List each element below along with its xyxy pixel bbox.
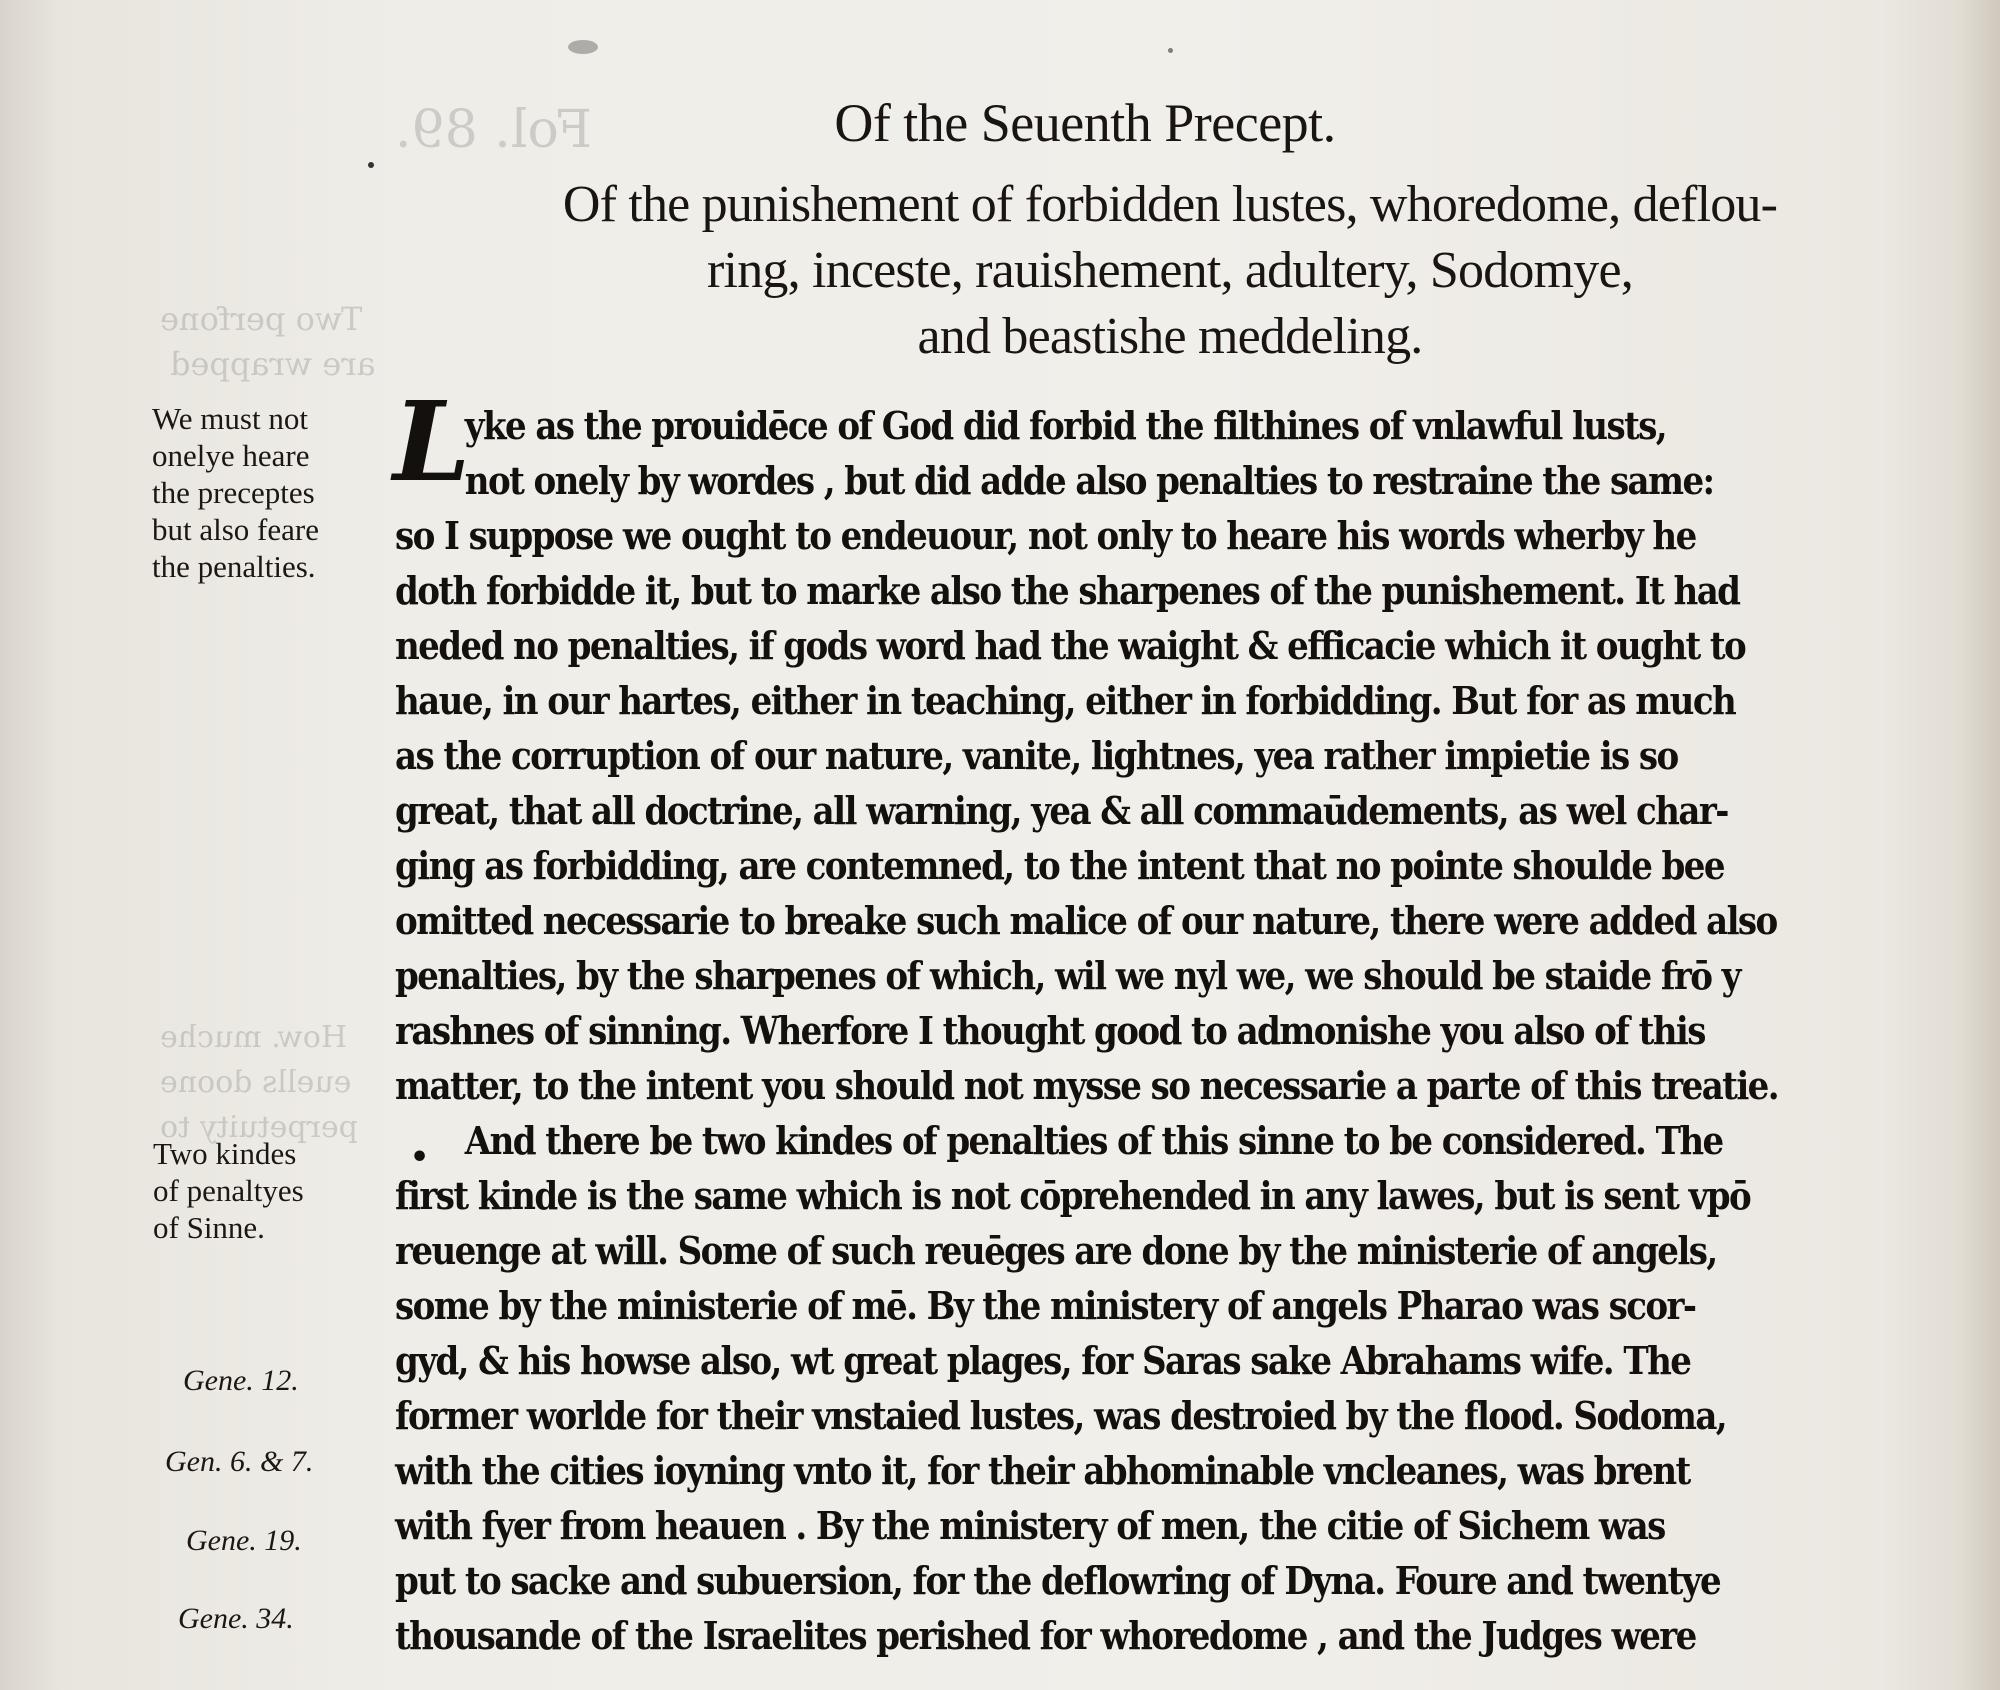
body-line: great, that all doctrine, all warning, y… bbox=[395, 783, 1915, 838]
body-line: as the corruption of our nature, vanite,… bbox=[395, 728, 1915, 783]
margin-note-line: of penaltyes bbox=[153, 1172, 304, 1209]
body-line: not onely by wordes , but did adde also … bbox=[395, 453, 1915, 508]
margin-note-line: onelye heare bbox=[152, 437, 319, 474]
ink-speck bbox=[368, 162, 374, 168]
margin-note-line: We must not bbox=[152, 400, 319, 437]
body-line: ging as forbidding, are contemned, to th… bbox=[395, 838, 1915, 893]
body-line: put to sacke and subuersion, for the def… bbox=[395, 1553, 1915, 1608]
body-line: with the cities ioyning vnto it, for the… bbox=[395, 1443, 1915, 1498]
body-line: matter, to the intent you should not mys… bbox=[395, 1058, 1915, 1113]
scripture-reference: Gen. 6. & 7. bbox=[165, 1443, 313, 1480]
body-line: haue, in our hartes, either in teaching,… bbox=[395, 673, 1915, 728]
scripture-reference: Gene. 12. bbox=[183, 1362, 299, 1399]
body-line: former worlde for their vnstaied lustes,… bbox=[395, 1388, 1915, 1443]
subheading-line: ring, inceste, rauishement, adultery, So… bbox=[460, 238, 1880, 304]
chapter-heading: Of the Seuenth Precept. bbox=[0, 92, 2000, 154]
margin-note: Two kindes of penaltyes of Sinne. bbox=[153, 1135, 304, 1246]
body-line: doth forbidde it, but to marke also the … bbox=[395, 563, 1915, 618]
section-subheading: Of the punishement of forbidden lustes, … bbox=[460, 172, 1880, 370]
margin-note-line: the penalties. bbox=[152, 548, 319, 585]
book-page: Fol. 89. Two perfone are wrapped How. mu… bbox=[0, 0, 2000, 1690]
subheading-line: and beastishe meddeling. bbox=[460, 304, 1880, 370]
body-line: reuenge at will. Some of such reuēges ar… bbox=[395, 1223, 1915, 1278]
scripture-reference: Gene. 34. bbox=[178, 1600, 294, 1637]
scripture-reference: Gene. 19. bbox=[186, 1522, 302, 1559]
show-through-fragment: euells doone bbox=[160, 1065, 351, 1100]
ink-speck bbox=[568, 40, 598, 54]
body-line: some by the ministerie of mē. By the min… bbox=[395, 1278, 1915, 1333]
body-line: And there be two kindes of penalties of … bbox=[395, 1113, 1915, 1168]
show-through-fragment: Two perfone bbox=[160, 300, 362, 338]
show-through-fragment: are wrapped bbox=[170, 345, 376, 383]
margin-note-line: the preceptes bbox=[152, 474, 319, 511]
subheading-line: Of the punishement of forbidden lustes, … bbox=[460, 172, 1880, 238]
ink-speck bbox=[1168, 48, 1173, 53]
margin-note-line: but also feare bbox=[152, 511, 319, 548]
body-line: neded no penalties, if gods word had the… bbox=[395, 618, 1915, 673]
body-line: thousande of the Israelites perished for… bbox=[395, 1608, 1915, 1663]
body-line: gyd, & his howse also, wt great plages, … bbox=[395, 1333, 1915, 1388]
body-line: so I suppose we ought to endeuour, not o… bbox=[395, 508, 1915, 563]
show-through-fragment: How. muche bbox=[160, 1020, 347, 1055]
paragraph-mark: • bbox=[410, 1140, 429, 1175]
body-line: first kinde is the same which is not cōp… bbox=[395, 1168, 1915, 1223]
body-line: with fyer from heauen . By the ministery… bbox=[395, 1498, 1915, 1553]
body-line: rashnes of sinning. Wherfore I thought g… bbox=[395, 1003, 1915, 1058]
body-line: yke as the prouidēce of God did forbid t… bbox=[395, 398, 1915, 453]
margin-note-line: of Sinne. bbox=[153, 1209, 304, 1246]
margin-note: We must not onelye heare the preceptes b… bbox=[152, 400, 319, 585]
body-line: omitted necessarie to breake such malice… bbox=[395, 893, 1915, 948]
margin-note-line: Two kindes bbox=[153, 1135, 304, 1172]
body-line: penalties, by the sharpenes of which, wi… bbox=[395, 948, 1915, 1003]
body-text: yke as the prouidēce of God did forbid t… bbox=[395, 398, 1920, 1663]
